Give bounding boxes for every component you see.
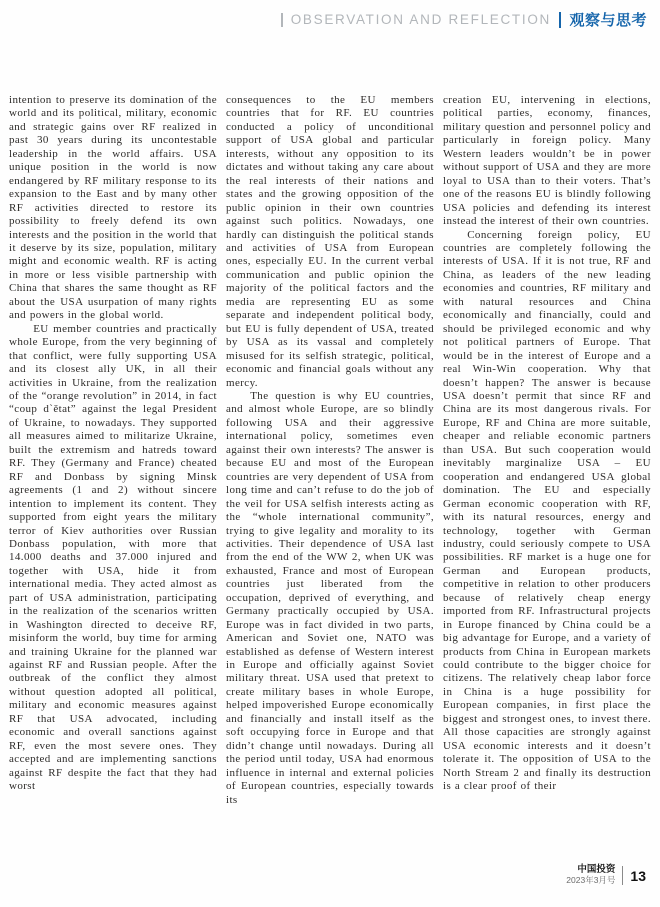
paragraph: creation EU, intervening in elections, p… xyxy=(443,94,651,229)
header-divider-gray xyxy=(281,13,283,27)
text-column-1: intention to preserve its domination of … xyxy=(9,94,217,807)
page-number: 13 xyxy=(630,868,646,884)
issue-date: 2023年3月号 xyxy=(566,876,615,886)
paragraph: Concerning foreign policy, EU countries … xyxy=(443,229,651,794)
magazine-issue-block: 中国投资 2023年3月号 xyxy=(566,865,615,886)
text-column-2: consequences to the EU members countries… xyxy=(226,94,434,807)
paragraph: consequences to the EU members countries… xyxy=(226,94,434,390)
footer-divider xyxy=(622,866,623,885)
page-footer: 中国投资 2023年3月号 13 xyxy=(566,865,646,886)
text-column-3: creation EU, intervening in elections, p… xyxy=(443,94,651,807)
article-body: intention to preserve its domination of … xyxy=(9,94,651,807)
paragraph: The question is why EU countries, and al… xyxy=(226,390,434,807)
magazine-page: OBSERVATION AND REFLECTION 观察与思考 intenti… xyxy=(0,0,660,907)
section-title-zh: 观察与思考 xyxy=(569,9,647,30)
paragraph: EU member countries and practically whol… xyxy=(9,323,217,794)
section-title-en: OBSERVATION AND REFLECTION xyxy=(291,12,551,27)
header-divider-blue xyxy=(559,12,562,28)
page-header: OBSERVATION AND REFLECTION 观察与思考 xyxy=(281,9,647,30)
paragraph: intention to preserve its domination of … xyxy=(9,94,217,323)
